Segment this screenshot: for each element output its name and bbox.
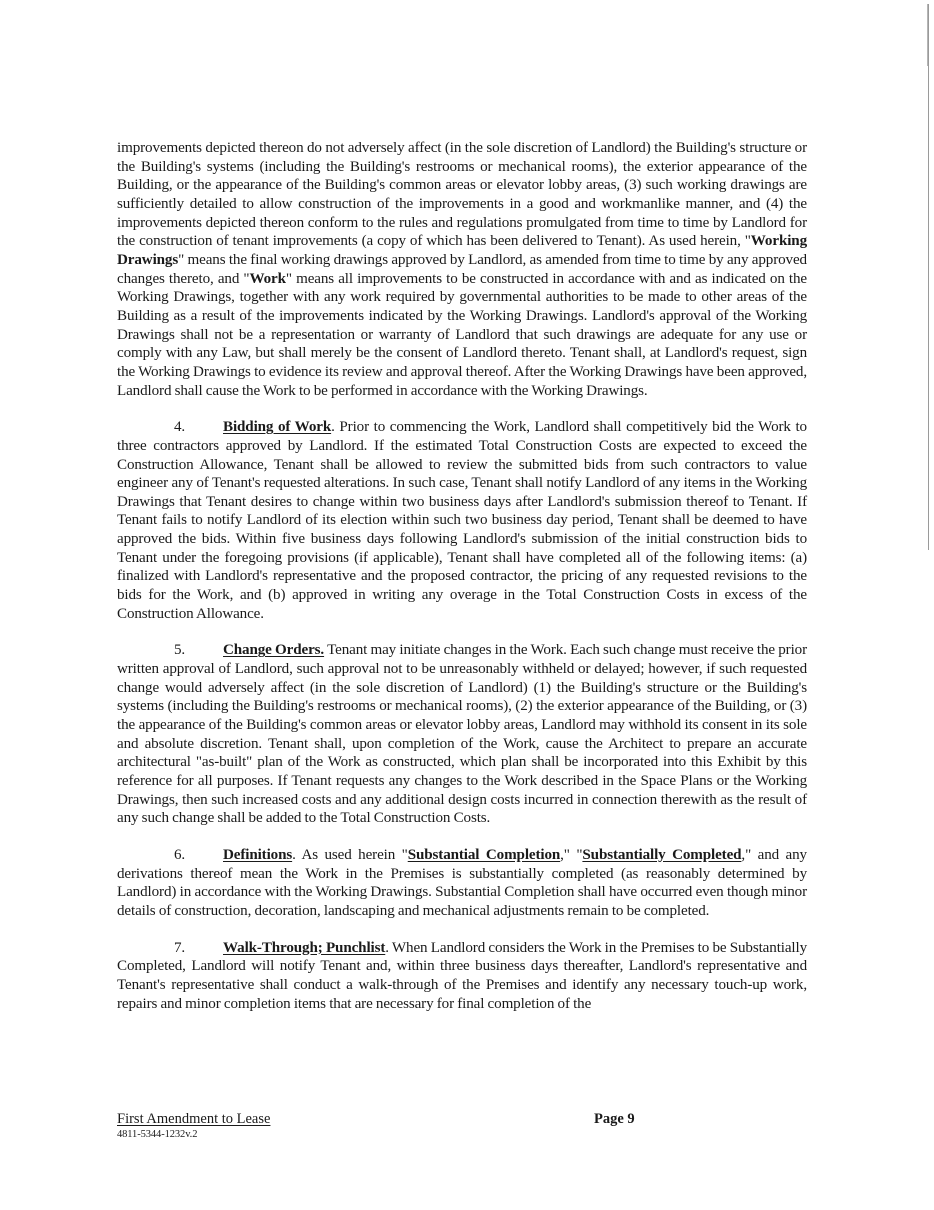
section-body: . Prior to commencing the Work, Landlord…	[117, 419, 807, 622]
scan-edge-line	[928, 4, 929, 550]
section-heading: Walk-Through; Punchlist	[223, 940, 385, 956]
section-number: 7.	[174, 939, 223, 958]
section-body: . As used herein "	[292, 847, 408, 863]
footer-document-id: 4811-5344-1232v.2	[117, 1128, 637, 1141]
section-body: Tenant may initiate changes in the Work.…	[117, 642, 807, 826]
section-body: ," "	[560, 847, 582, 863]
document-page: improvements depicted thereon do not adv…	[117, 139, 807, 1031]
section-number: 6.	[174, 846, 223, 865]
continued-paragraph: improvements depicted thereon do not adv…	[117, 139, 807, 400]
section-7-walk-through-punchlist: 7.Walk-Through; Punchlist. When Landlord…	[117, 939, 807, 1014]
section-number: 4.	[174, 418, 223, 437]
section-6-definitions: 6.Definitions. As used herein "Substanti…	[117, 846, 807, 921]
defined-term-substantial-completion: Substantial Completion	[408, 847, 560, 863]
defined-term-substantially-completed: Substantially Completed	[582, 847, 741, 863]
paragraph-text: improvements depicted thereon do not adv…	[117, 140, 807, 249]
section-5-change-orders: 5.Change Orders. Tenant may initiate cha…	[117, 641, 807, 828]
section-heading: Definitions	[223, 847, 292, 863]
footer-document-title: First Amendment to Lease	[117, 1111, 637, 1128]
page-number: Page 9	[594, 1111, 635, 1128]
paragraph-text: " means all improvements to be construct…	[117, 271, 807, 399]
section-heading: Change Orders.	[223, 642, 324, 658]
section-4-bidding-of-work: 4.Bidding of Work. Prior to commencing t…	[117, 418, 807, 623]
defined-term-work: Work	[249, 271, 285, 287]
section-heading: Bidding of Work	[223, 419, 331, 435]
page-footer: First Amendment to Lease 4811-5344-1232v…	[117, 1111, 637, 1141]
section-number: 5.	[174, 641, 223, 660]
